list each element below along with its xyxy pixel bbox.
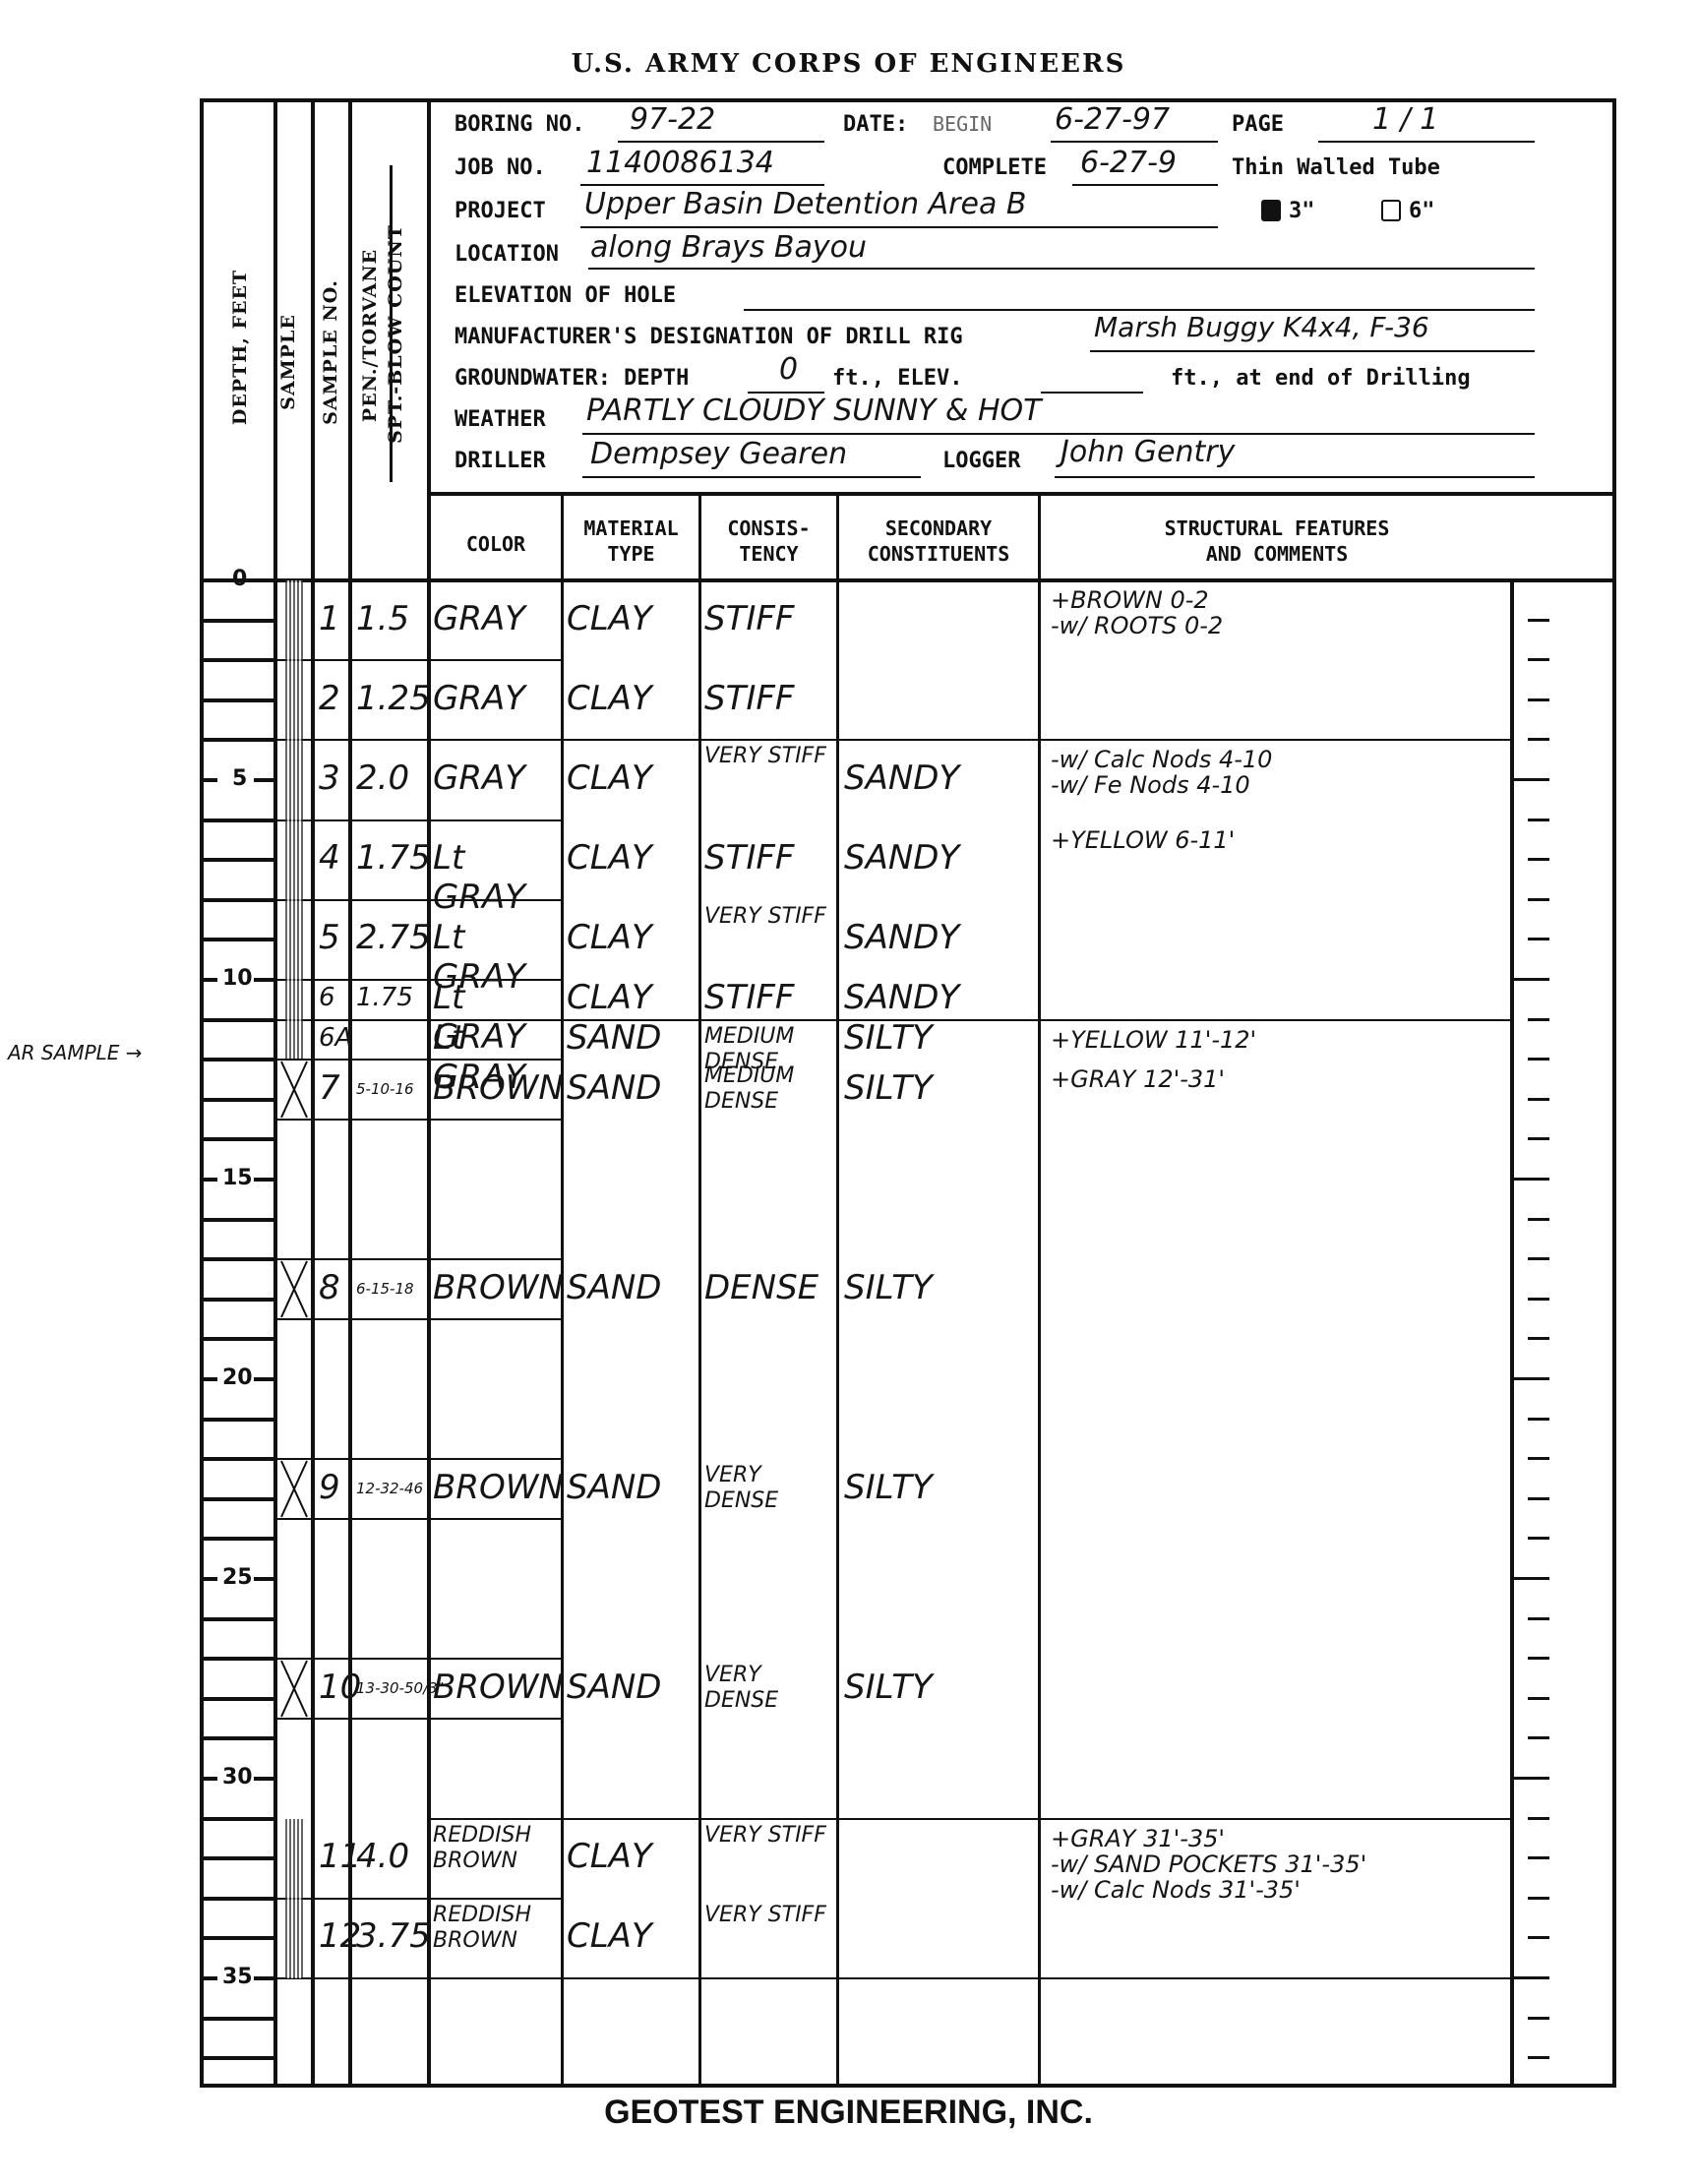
depth-tick-right — [1528, 1337, 1549, 1340]
tube-sample-icon — [285, 900, 303, 980]
material-type: CLAY — [567, 1837, 695, 1876]
depth-tick-major — [204, 778, 217, 782]
header-depth-feet: DEPTH, FEET — [229, 200, 255, 495]
stratum-boundary — [431, 1977, 1510, 1979]
depth-label: 20 — [222, 1365, 253, 1390]
depth-tick-right — [1528, 2017, 1549, 2020]
driller-value: Dempsey Gearen — [590, 437, 847, 471]
comment-line: +BROWN 0-2 — [1051, 586, 1209, 614]
material-type: SAND — [567, 1068, 695, 1108]
soil-color: BROWN — [433, 1668, 559, 1707]
tube-3in-label: 3" — [1289, 199, 1315, 223]
consistency: STIFF — [704, 599, 832, 638]
sampler-type: Thin Walled Tube — [1232, 155, 1440, 180]
divider — [427, 98, 431, 2088]
sample-row-line — [277, 1658, 561, 1660]
divider — [348, 98, 352, 2088]
depth-tick-right — [1528, 1497, 1549, 1500]
soil-color: REDDISH BROWN — [433, 1823, 559, 1874]
depth-tick-right-major — [1512, 1377, 1549, 1380]
sample-no: 2 — [319, 679, 340, 718]
sample-no: 11 — [319, 1837, 361, 1876]
secondary-constituents: SILTY — [844, 1668, 1037, 1707]
secondary-constituents: SANDY — [844, 978, 1037, 1017]
complete-date-value: 6-27-9 — [1080, 146, 1177, 180]
header-sample-no: SAMPLE NO. — [320, 264, 345, 441]
material-type: CLAY — [567, 599, 695, 638]
secondary-constituents: SILTY — [844, 1018, 1037, 1058]
spt-sample-x-icon — [277, 1259, 311, 1319]
comment-line: +GRAY 31'-35' — [1051, 1825, 1225, 1852]
depth-tick-right — [1528, 1537, 1549, 1540]
depth-tick-major — [204, 978, 217, 982]
tube-6in-label: 6" — [1409, 199, 1435, 223]
depth-tick-right — [1528, 738, 1549, 741]
pen-value: 1.75 — [356, 983, 413, 1012]
depth-tick — [204, 1098, 273, 1102]
depth-tick-major — [204, 1777, 217, 1781]
drill-rig-value: Marsh Buggy K4x4, F-36 — [1094, 311, 1429, 343]
sample-row-line — [277, 1059, 561, 1061]
material-type: CLAY — [567, 838, 695, 878]
depth-tick — [204, 1736, 273, 1740]
depth-tick-right — [1528, 1098, 1549, 1101]
material-type: CLAY — [567, 918, 695, 957]
underline — [1318, 141, 1535, 143]
underline — [1090, 350, 1535, 352]
ft-elev-label: ft., ELEV. — [832, 366, 962, 391]
depth-tick-right-major — [1512, 1976, 1549, 1979]
material-type: CLAY — [567, 758, 695, 798]
depth-tick — [204, 1018, 273, 1022]
depth-tick-right — [1528, 2056, 1549, 2059]
driller-label: DRILLER — [455, 449, 546, 473]
stratum-boundary — [431, 739, 1510, 741]
tube-sample-icon — [285, 820, 303, 900]
sample-row-line — [277, 1458, 561, 1460]
groundwater-depth-value: 0 — [779, 352, 798, 387]
depth-tick-major — [254, 1777, 273, 1781]
soil-color: GRAY — [433, 758, 559, 798]
underline — [582, 433, 1535, 435]
col-header-line: AND COMMENTS — [1041, 541, 1513, 567]
sample-no: 1 — [319, 599, 340, 638]
col-header-line: TENCY — [701, 541, 836, 567]
date-label: DATE: — [843, 112, 908, 137]
depth-tick — [204, 1617, 273, 1621]
comment-line: -w/ Fe Nods 4-10 — [1051, 771, 1250, 799]
pen-value: 1.75 — [356, 838, 431, 878]
depth-tick-right — [1528, 819, 1549, 821]
depth-tick — [204, 1337, 273, 1341]
depth-tick-right — [1528, 658, 1549, 661]
secondary-constituents: SILTY — [844, 1068, 1037, 1108]
depth-tick-right — [1528, 1657, 1549, 1660]
header-spt-blow-count: SPT.-BLOW COUNT — [385, 227, 410, 444]
depth-tick-right — [1528, 1018, 1549, 1021]
sample-no: 5 — [319, 918, 340, 957]
divider — [698, 492, 701, 2088]
tube-sample-icon — [285, 580, 303, 660]
depth-tick-right — [1528, 1257, 1549, 1260]
consistency: VERY STIFF — [704, 744, 832, 769]
soil-color: BROWN — [433, 1468, 559, 1507]
secondary-constituents: SANDY — [844, 758, 1037, 798]
project-label: PROJECT — [455, 199, 546, 223]
depth-tick-right-major — [1512, 978, 1549, 981]
depth-tick — [204, 698, 273, 702]
sample-row-line — [277, 1119, 561, 1121]
job-no-value: 1140086134 — [586, 146, 774, 180]
depth-tick — [204, 2017, 273, 2021]
depth-tick-right — [1528, 1856, 1549, 1859]
depth-tick — [204, 938, 273, 941]
comment-line: +YELLOW 11'-12' — [1051, 1026, 1256, 1054]
col-header-line: STRUCTURAL FEATURES — [1041, 516, 1513, 541]
consistency: VERY STIFF — [704, 1823, 832, 1849]
material-type: SAND — [567, 1268, 695, 1307]
comment-line: -w/ Calc Nods 4-10 — [1051, 746, 1272, 773]
col-header-line: CONSTITUENTS — [839, 541, 1038, 567]
depth-tick-right — [1528, 858, 1549, 861]
begin-label: BEGIN — [933, 112, 992, 136]
col-header-structural: STRUCTURAL FEATURESAND COMMENTS — [1041, 516, 1513, 567]
depth-tick-right-major — [1512, 1178, 1549, 1181]
depth-tick-right — [1528, 1058, 1549, 1061]
weather-label: WEATHER — [455, 407, 546, 432]
depth-tick-right-major — [1512, 778, 1549, 781]
material-type: SAND — [567, 1468, 695, 1507]
divider — [1510, 580, 1514, 2088]
depth-tick — [204, 1897, 273, 1901]
stratum-boundary — [431, 1818, 1510, 1820]
depth-label: 0 — [232, 567, 247, 591]
sample-row-line — [277, 1518, 561, 1520]
depth-tick-major — [204, 1377, 217, 1381]
material-type: CLAY — [567, 679, 695, 718]
depth-tick-right — [1528, 1817, 1549, 1820]
divider — [1038, 492, 1041, 2088]
pen-value: 2.0 — [356, 758, 409, 798]
complete-label: COMPLETE — [942, 155, 1047, 180]
end-of-drilling-label: ft., at end of Drilling — [1171, 366, 1471, 391]
depth-tick-major — [204, 578, 217, 582]
depth-tick-major — [254, 1577, 273, 1581]
depth-tick-major — [254, 1976, 273, 1980]
consistency: VERY STIFF — [704, 1903, 832, 1928]
spt-sample-x-icon — [277, 1060, 311, 1120]
pen-value: 3.75 — [356, 1916, 431, 1956]
tube-3in-checkbox[interactable] — [1261, 200, 1281, 221]
col-header-line: TYPE — [564, 541, 698, 567]
depth-tick-major — [254, 778, 273, 782]
stratum-boundary — [431, 1019, 1510, 1021]
material-type: CLAY — [567, 1916, 695, 1956]
depth-tick-right — [1528, 1137, 1549, 1140]
soil-color: GRAY — [433, 599, 559, 638]
location-label: LOCATION — [455, 242, 559, 267]
sample-row-line — [277, 1898, 561, 1900]
depth-tick — [204, 1257, 273, 1261]
consistency: VERY DENSE — [704, 1463, 832, 1514]
underline — [588, 268, 1535, 270]
depth-tick — [204, 858, 273, 862]
side-annotation: AR SAMPLE → — [8, 1041, 143, 1064]
depth-tick — [204, 658, 273, 662]
elevation-label: ELEVATION OF HOLE — [455, 283, 676, 308]
depth-tick-right — [1528, 938, 1549, 940]
col-header-consistency: CONSIS-TENCY — [701, 516, 836, 567]
sample-no: 6 — [319, 983, 335, 1012]
header-pen-torvane: PEN./TORVANE — [359, 227, 385, 444]
depth-tick — [204, 819, 273, 822]
logger-value: John Gentry — [1061, 435, 1235, 469]
depth-label: 30 — [222, 1765, 253, 1790]
begin-date-value: 6-27-97 — [1055, 102, 1170, 137]
consistency: MEDIUM DENSE — [704, 1063, 832, 1115]
depth-tick — [204, 619, 273, 623]
drill-rig-label: MANUFACTURER'S DESIGNATION OF DRILL RIG — [455, 325, 963, 349]
underline — [1041, 392, 1143, 394]
depth-tick — [204, 1537, 273, 1541]
page-value: 1 / 1 — [1372, 102, 1438, 137]
pen-value: 1.25 — [356, 679, 431, 718]
depth-tick-major — [204, 1577, 217, 1581]
secondary-constituents: SILTY — [844, 1468, 1037, 1507]
material-type: SAND — [567, 1668, 695, 1707]
sample-row-line — [277, 1318, 561, 1320]
col-header-line: CONSIS- — [701, 516, 836, 541]
depth-label: 15 — [222, 1166, 253, 1190]
header-sample: SAMPLE — [277, 283, 303, 441]
depth-tick — [204, 1457, 273, 1461]
secondary-constituents: SANDY — [844, 918, 1037, 957]
pen-value: 13-30-50/3" — [356, 1679, 445, 1697]
underline — [1055, 476, 1535, 478]
depth-tick-major — [254, 1178, 273, 1182]
secondary-constituents: SANDY — [844, 838, 1037, 878]
weather-value: PARTLY CLOUDY SUNNY & HOT — [586, 394, 1041, 428]
comment-line: -w/ SAND POCKETS 31'-35' — [1051, 1850, 1366, 1878]
divider — [311, 98, 315, 2088]
depth-tick-right — [1528, 1457, 1549, 1460]
page-label: PAGE — [1232, 112, 1284, 137]
comment-line: +YELLOW 6-11' — [1051, 826, 1235, 854]
sample-no: 4 — [319, 838, 340, 878]
sample-no: 8 — [319, 1268, 340, 1307]
sample-row-line — [277, 1718, 561, 1720]
depth-tick-right — [1528, 1736, 1549, 1739]
location-value: along Brays Bayou — [590, 230, 867, 265]
depth-tick-major — [204, 1178, 217, 1182]
underline — [582, 476, 921, 478]
underline — [1051, 141, 1218, 143]
job-no-label: JOB NO. — [455, 155, 546, 180]
consistency: STIFF — [704, 838, 832, 878]
tube-sample-icon — [285, 740, 303, 819]
depth-tick — [204, 1418, 273, 1422]
depth-tick — [204, 2056, 273, 2060]
boring-no-label: BORING NO. — [455, 112, 584, 137]
project-value: Upper Basin Detention Area B — [584, 187, 1026, 221]
depth-label: 10 — [222, 966, 253, 991]
pen-value: 2.75 — [356, 918, 431, 957]
material-type: CLAY — [567, 978, 695, 1017]
sample-no: 12 — [319, 1916, 361, 1956]
col-header-material-type: MATERIALTYPE — [564, 516, 698, 567]
groundwater-label: GROUNDWATER: DEPTH — [455, 366, 689, 391]
material-type: SAND — [567, 1018, 695, 1058]
pen-value: 6-15-18 — [356, 1280, 414, 1298]
depth-tick-major — [254, 578, 273, 582]
depth-tick — [204, 1137, 273, 1141]
consistency: DENSE — [704, 1268, 832, 1307]
sample-no: 6A — [319, 1023, 352, 1053]
depth-zero-line — [200, 578, 1616, 582]
depth-tick-right — [1528, 1617, 1549, 1620]
depth-label: 35 — [222, 1965, 253, 1989]
depth-tick-right — [1528, 1897, 1549, 1900]
soil-color: Lt GRAY — [433, 838, 559, 917]
depth-tick — [204, 738, 273, 742]
underline — [1072, 184, 1218, 186]
agency-header: U.S. ARMY CORPS OF ENGINEERS — [0, 49, 1697, 79]
depth-tick-right-major — [1512, 1777, 1549, 1780]
boring-no-value: 97-22 — [630, 102, 715, 137]
soil-color: BROWN — [433, 1068, 559, 1108]
depth-tick — [204, 1218, 273, 1222]
spt-sample-x-icon — [277, 1459, 311, 1519]
underline — [580, 184, 824, 186]
logger-label: LOGGER — [942, 449, 1020, 473]
depth-tick-right-major — [1512, 1577, 1549, 1580]
secondary-constituents: SILTY — [844, 1268, 1037, 1307]
tube-6in-checkbox[interactable] — [1381, 200, 1401, 221]
tube-sample-icon — [285, 1819, 303, 1899]
sample-no: 3 — [319, 758, 340, 798]
depth-tick-major — [204, 1976, 217, 1980]
sample-no: 7 — [319, 1068, 340, 1108]
spt-sample-x-icon — [277, 1659, 311, 1719]
depth-tick — [204, 1936, 273, 1940]
depth-tick — [204, 1298, 273, 1302]
comment-line: -w/ Calc Nods 31'-35' — [1051, 1876, 1301, 1904]
divider — [427, 492, 1616, 496]
depth-tick-major — [254, 1377, 273, 1381]
soil-color: GRAY — [433, 679, 559, 718]
pen-value: 4.0 — [356, 1837, 409, 1876]
col-header-secondary: SECONDARYCONSTITUENTS — [839, 516, 1038, 567]
depth-label: 5 — [232, 766, 247, 791]
depth-tick — [204, 1497, 273, 1501]
consistency: VERY STIFF — [704, 904, 832, 930]
col-header-line: SECONDARY — [839, 516, 1038, 541]
comment-line: +GRAY 12'-31' — [1051, 1065, 1225, 1093]
pen-value: 5-10-16 — [356, 1080, 414, 1098]
soil-color: BROWN — [433, 1268, 559, 1307]
tube-sample-icon — [285, 660, 303, 740]
divider — [836, 492, 839, 2088]
sample-no: 9 — [319, 1468, 340, 1507]
sample-row-line — [277, 659, 561, 661]
depth-tick — [204, 1058, 273, 1062]
depth-tick-right — [1528, 698, 1549, 701]
depth-tick-right — [1528, 898, 1549, 901]
depth-tick-right — [1528, 1218, 1549, 1221]
depth-tick-right — [1528, 619, 1549, 622]
pen-value: 12-32-46 — [356, 1480, 423, 1497]
sample-row-line — [277, 1258, 561, 1260]
depth-tick — [204, 1657, 273, 1661]
tube-sample-icon — [285, 980, 303, 1020]
comment-line: -w/ ROOTS 0-2 — [1051, 612, 1223, 639]
depth-tick-right — [1528, 1697, 1549, 1700]
depth-tick — [204, 1697, 273, 1701]
tube-sample-icon — [285, 1899, 303, 1978]
tube-sample-icon — [285, 1020, 303, 1061]
col-header-line: MATERIAL — [564, 516, 698, 541]
soil-color: REDDISH BROWN — [433, 1903, 559, 1954]
depth-tick — [204, 1817, 273, 1821]
consistency: STIFF — [704, 978, 832, 1017]
depth-label: 25 — [222, 1565, 253, 1590]
sample-row-line — [277, 819, 561, 821]
sample-no: 10 — [319, 1668, 361, 1707]
underline — [618, 141, 824, 143]
depth-tick-right — [1528, 1418, 1549, 1421]
depth-tick — [204, 1856, 273, 1860]
underline — [580, 226, 1218, 228]
depth-tick-right — [1528, 1936, 1549, 1939]
footer-company: GEOTEST ENGINEERING, INC. — [0, 2093, 1697, 2132]
consistency: VERY DENSE — [704, 1663, 832, 1714]
consistency: STIFF — [704, 679, 832, 718]
col-header-color: COLOR — [431, 531, 561, 557]
pen-value: 1.5 — [356, 599, 409, 638]
depth-tick-major — [254, 978, 273, 982]
depth-tick — [204, 898, 273, 902]
depth-tick-right — [1528, 1298, 1549, 1301]
